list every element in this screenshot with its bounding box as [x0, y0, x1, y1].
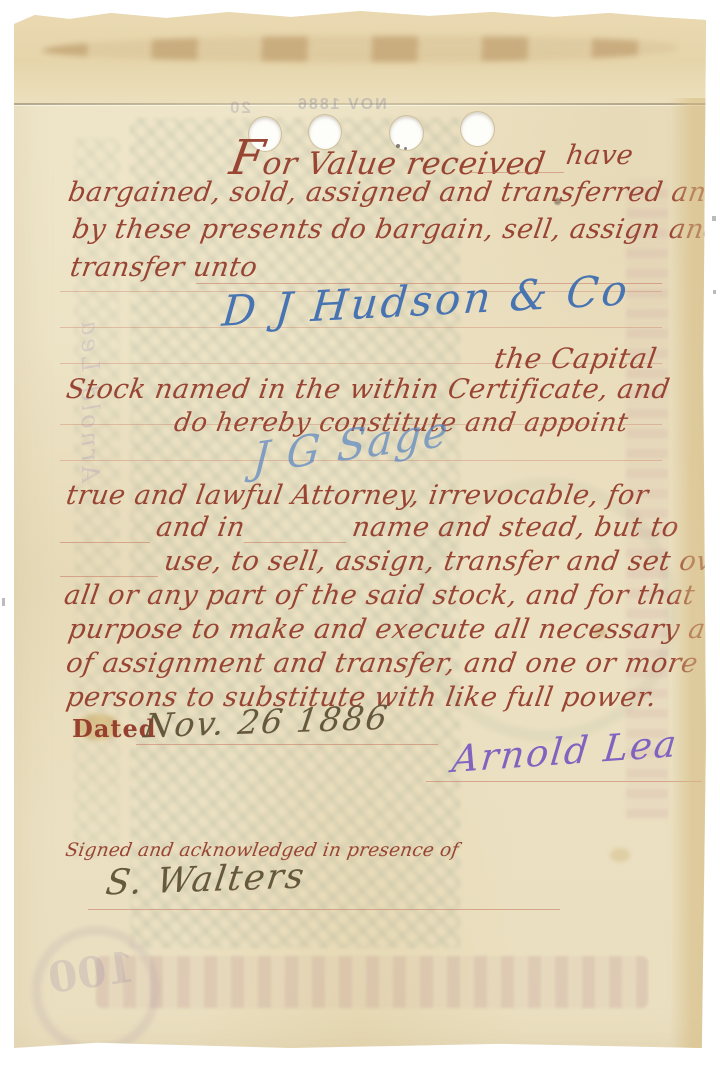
use-sell-line: use, to sell, assign, transfer and set o… [162, 546, 720, 577]
purpose-line: purpose to make and execute all necessar… [66, 614, 720, 645]
bargained-line: bargained, sold, assigned and transferre… [66, 177, 720, 208]
scan-background: { "form": { "value_received": "For Value… [0, 0, 720, 1069]
scan-speck-3 [2, 598, 5, 606]
dated-underline [136, 744, 438, 745]
transferee-signature: D J Hudson & Co [220, 265, 632, 336]
blank-after-received [468, 172, 564, 173]
showthrough-denomination: 100 [45, 942, 139, 1003]
stain-bottom-right [610, 848, 630, 862]
showthrough-denom-medallion [32, 926, 160, 1054]
presents-line: by these presents do bargain, sell, assi… [70, 214, 720, 245]
scan-speck-2 [713, 290, 716, 294]
the-capital-line: the Capital [492, 342, 659, 375]
top-stub-band [14, 8, 706, 104]
transfer-unto-line: transfer unto [68, 252, 260, 283]
right-margin-shading [670, 98, 706, 1048]
and-in-words: and in [154, 512, 247, 543]
have-word: have [564, 140, 636, 171]
all-or-any-line: all or any part of the said stock, and f… [62, 580, 697, 611]
blank-before-and-in [60, 542, 150, 543]
certificate-paper: 100 NOV 1886 20 Arnold Lea For Value rec… [14, 8, 706, 1048]
witness-signature: S. Walters [103, 856, 308, 903]
date-handwriting: Nov. 26 1886 [141, 698, 391, 746]
seller-signature-line [426, 781, 702, 782]
attorney-line: true and lawful Attorney, irrevocable, f… [64, 480, 651, 511]
blank-after-and-in [244, 542, 346, 543]
torn-edge-streak [42, 36, 679, 62]
name-stead-line: name and stead, but to [350, 512, 681, 543]
assignment-line: of assignment and transfer, and one or m… [64, 648, 700, 679]
witness-signature-line [88, 909, 560, 910]
scan-speck-1 [712, 216, 716, 221]
showthrough-bottom-ornament [96, 956, 648, 1008]
blank-before-use [60, 576, 158, 577]
stock-named-line: Stock named in the within Certificate, a… [64, 374, 672, 405]
seller-signature: Arnold Lea [450, 722, 680, 781]
fold-crease-line [14, 103, 706, 105]
